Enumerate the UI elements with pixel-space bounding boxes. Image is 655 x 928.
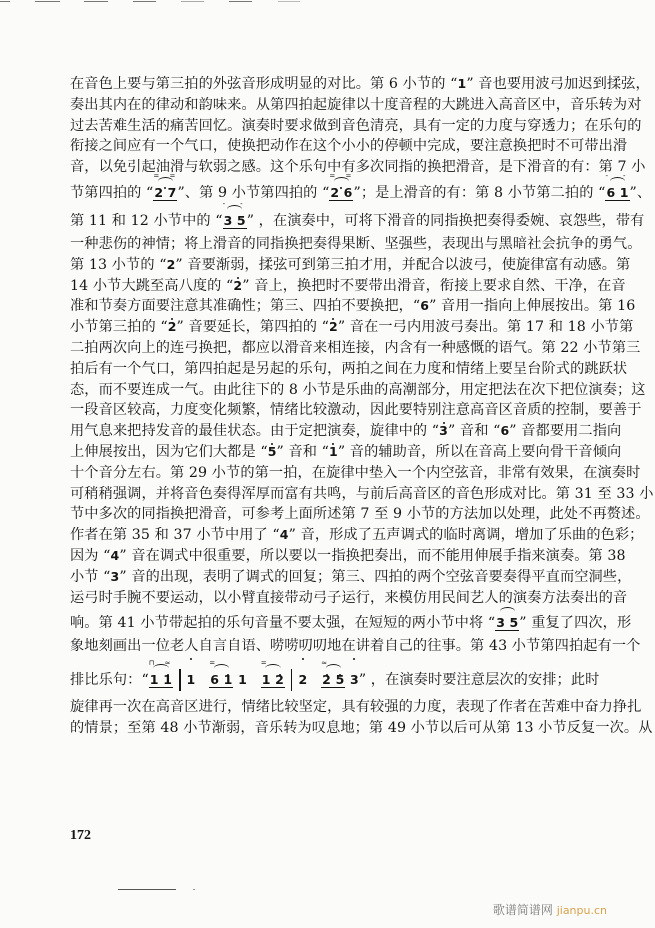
text-run: 节第四拍的 “ bbox=[70, 185, 153, 201]
note-numeral: 5 bbox=[336, 673, 345, 687]
text-line: 上伸展按出，因为它们大都是 “5” 音和 “1” 音的辅助音，所以在音高上要向骨… bbox=[70, 442, 584, 463]
text-run: ” 重复了四次，形 bbox=[519, 615, 631, 631]
text-run: ” 音的辅助音，所以在音高上要向骨干音倾向 bbox=[338, 444, 621, 460]
slide-notation: = =2 6 bbox=[329, 186, 353, 201]
text-line: 过去苦难生活的痛苦回忆。演奏时要求做到音色清亮，具有一定的力度与穿透力；在乐句的 bbox=[70, 116, 584, 137]
text-line: 小节 “3” 音的出现，表明了调式的回复；第三、四拍的两个空弦音要奏得平直而空洞… bbox=[70, 567, 584, 588]
text-line: 音，以免引起油滑与软弱之感。这个乐句中有多次同指的换把滑音，是下滑音的有：第 7… bbox=[70, 157, 584, 178]
note-numeral: 2 7 bbox=[154, 186, 176, 200]
text-run: ” 音在调式中很重要，所以要以一指换把奏出，而不能用伸展手指来演奏。第 38 bbox=[119, 548, 625, 564]
note-numeral: 1 bbox=[329, 442, 338, 463]
text-line: 用气息来把持发音的最佳状态。由于定把演奏，旋律中的 “3” 音和 “6” 音都要… bbox=[70, 421, 584, 442]
text-run: 小节 “ bbox=[70, 569, 111, 585]
text-line: 小节第三拍的 “2” 音要延长，第四拍的 “2” 音在一弓内用波弓奏出。第 17… bbox=[70, 317, 584, 338]
text-run: ” 音要延长，第四拍的 “ bbox=[177, 319, 330, 335]
text-run: ” 音的出现，表明了调式的回复；第三、四拍的两个空弦音要奏得平直而空洞些， bbox=[119, 569, 631, 585]
note-numeral: 1 bbox=[150, 673, 159, 687]
note-numeral: 4 bbox=[280, 525, 289, 546]
text-line: 拍后有一个气口，第四拍起是另起的乐句，两拍之间在力度和情绪上要呈台阶式的跳跃状 bbox=[70, 359, 584, 380]
text-run: ” 音，形成了五声调式的临时离调，增加了乐曲的色彩； bbox=[289, 527, 644, 543]
note-numeral: 3 bbox=[439, 421, 448, 442]
note-group: =1 2 bbox=[261, 673, 285, 688]
note-numeral: 1 bbox=[262, 673, 271, 687]
text-run: ” 音也要用波弓加迟到揉弦， bbox=[466, 76, 649, 92]
text-run: ” 音在一弓内用波弓奏出。第 17 和 18 小节第 bbox=[338, 319, 634, 335]
note-numeral: 5 bbox=[268, 442, 277, 463]
text-run: ” 音和 “ bbox=[277, 444, 330, 460]
text-run: 第 13 小节的 “ bbox=[70, 257, 167, 273]
text-line: 二拍两次向上的连弓换把，都应以滑音来相连接，内含有一种感慨的语气。第 22 小节… bbox=[70, 338, 584, 359]
note-numeral: 1 bbox=[224, 673, 233, 687]
note-numeral: 2 bbox=[168, 317, 177, 338]
note-numeral: 2 bbox=[167, 255, 176, 276]
bar-line bbox=[179, 669, 181, 691]
text-line: 旋律再一次在高音区进行，情绪比较坚定，具有较强的力度，表现了作者在苦难中奋力挣扎 bbox=[70, 697, 584, 718]
text-line: 在音色上要与第三拍的外弦音形成明显的对比。第 6 小节的 “1” 音也要用波弓加… bbox=[70, 74, 584, 95]
text-run: 用气息来把持发音的最佳状态。由于定把演奏，旋律中的 “ bbox=[70, 423, 439, 439]
text-line: 衔接之间应有一个气口，使换把动作在这个小小的停顿中完成，要注意换把时不可带出滑 bbox=[70, 136, 584, 157]
text-run: 作者在第 35 和 37 小节中用了 “ bbox=[70, 527, 280, 543]
text-line: 准和节奏方面要注意其准确性；第三、四拍不要换把，“6” 音用一指向上伸展按出。第… bbox=[70, 296, 584, 317]
note-numeral: 3 5 bbox=[496, 616, 518, 630]
text-run: ” 音上，换把时不要带出滑音，衔接上要求自然、干净，在音 bbox=[242, 278, 625, 294]
note-numeral: 6 bbox=[500, 421, 509, 442]
text-line: 14 小节大跳至高八度的 “2” 音上，换把时不要带出滑音，衔接上要求自然、干净… bbox=[70, 276, 584, 297]
note-numeral: 4 bbox=[111, 546, 120, 567]
text-run: ”；是上滑音的有：第 8 小节第二拍的 “ bbox=[353, 185, 605, 201]
note-numeral: 6 bbox=[210, 673, 219, 687]
bar-line bbox=[291, 669, 293, 691]
note-group: =6 1 bbox=[209, 673, 233, 688]
text-run: ” ，在演奏时要注意层次的安排；此时 bbox=[359, 672, 600, 688]
text-line: 一种悲伤的神情；将上滑音的同指换把奏得果断、坚强些，表现出与黑暗社会抗争的勇气。 bbox=[70, 234, 584, 255]
slide-notation: - -6 1 bbox=[605, 186, 629, 201]
note-numeral: 1 bbox=[458, 74, 467, 95]
text-line: 节中多次的同指换把滑音，可参考上面所述第 7 至 9 小节的方法加以处理，此处不… bbox=[70, 504, 584, 525]
note-numeral: 2 bbox=[322, 673, 331, 687]
page-number: 172 bbox=[70, 828, 91, 844]
text-run: 响。第 41 小节带起拍的乐句音量不要太强，在短短的两小节中将 “ bbox=[70, 615, 495, 631]
note-numeral: 6 1 bbox=[606, 186, 628, 200]
note-numeral: 2 bbox=[275, 673, 284, 687]
note-group: ⊓ ≈1 1 bbox=[149, 673, 173, 688]
text-run: ”、第 9 小节第四拍的 “ bbox=[177, 185, 329, 201]
slide-notation: 3 5 bbox=[495, 616, 519, 631]
document-body: 在音色上要与第三拍的外弦音形成明显的对比。第 6 小节的 “1” 音也要用波弓加… bbox=[70, 74, 584, 739]
text-run: 排比乐句：“ bbox=[70, 672, 149, 688]
slide-notation: = =2 7 bbox=[153, 186, 177, 201]
slide-notation: - -3 5 bbox=[223, 214, 247, 229]
text-run: 14 小节大跳至高八度的 “ bbox=[70, 278, 233, 294]
text-run: ” 音用一指向上伸展按出。第 16 bbox=[429, 298, 635, 314]
note-numeral: 2 6 bbox=[330, 186, 352, 200]
text-run: ”、 bbox=[630, 185, 652, 201]
text-line: 第 13 小节的 “2” 音要渐弱，揉弦可到第三拍才用，并配合以波弓，使旋律富有… bbox=[70, 255, 584, 276]
text-line: 态，而不要连成一气。由此往下的 8 小节是乐曲的高潮部分，用定把法在次下把位演奏… bbox=[70, 380, 584, 401]
scan-edge-marks bbox=[0, 0, 330, 4]
text-run: 准和节奏方面要注意其准确性；第三、四拍不要换把，“ bbox=[70, 298, 420, 314]
text-run: 上伸展按出，因为它们大都是 “ bbox=[70, 444, 268, 460]
footer-mark bbox=[193, 889, 195, 890]
note-numeral: 2 bbox=[233, 276, 242, 297]
text-line: 响。第 41 小节带起拍的乐句音量不要太强，在短短的两小节中将 “3 5” 重复… bbox=[70, 608, 584, 636]
text-line: 因为 “4” 音在调式中很重要，所以要以一指换把奏出，而不能用伸展手指来演奏。第… bbox=[70, 546, 584, 567]
note-numeral: 3 5 bbox=[224, 214, 246, 228]
note-numeral: 3 bbox=[111, 567, 120, 588]
text-line: 第 11 和 12 小节中的 “- -3 5” ，在演奏中，可将下滑音的同指换把… bbox=[70, 206, 584, 234]
watermark-url: jianpu.cn bbox=[557, 904, 607, 917]
text-run: 第 11 和 12 小节中的 “ bbox=[70, 213, 223, 229]
text-line: 奏出其内在的律动和韵味来。从第四拍起旋律以十度音程的大跳进入高音区中，音乐转为对 bbox=[70, 95, 584, 116]
text-run: ” 音要渐弱，揉弦可到第三拍才用，并配合以波弓，使旋律富有动感。第 bbox=[175, 257, 630, 273]
text-line: 作者在第 35 和 37 小节中用了 “4” 音，形成了五声调式的临时离调，增加… bbox=[70, 525, 584, 546]
text-line: 十个音分左右。第 29 小节的第一拍，在旋律中垫入一个内空弦音，非常有效果，在演… bbox=[70, 463, 584, 484]
text-line: 节第四拍的 “= =2 7”、第 9 小节第四拍的 “= =2 6”；是上滑音的… bbox=[70, 178, 584, 206]
text-line: 可稍稍强调，并将音色奏得浑厚而富有共鸣，与前后高音区的音色形成对比。第 31 至… bbox=[70, 484, 584, 505]
notation-line: 排比乐句：“⊓ ≈1 11 =6 1 1 =1 22 ≈2 5 3” ，在演奏时… bbox=[70, 657, 584, 697]
text-run: ” 音和 “ bbox=[448, 423, 501, 439]
note-numeral: 2 bbox=[329, 317, 338, 338]
text-line: 一段音区较高，力度变化频繁，情绪比较激动，因此要特别注意高音区音质的控制，要善于 bbox=[70, 400, 584, 421]
text-run: 因为 “ bbox=[70, 548, 111, 564]
note-numeral: 6 bbox=[420, 296, 429, 317]
note-numeral: 1 bbox=[163, 673, 172, 687]
site-watermark: 歌谱简谱网 jianpu.cn bbox=[493, 901, 607, 918]
footer-rule bbox=[118, 889, 176, 890]
text-run: ” 音都要用二指向 bbox=[509, 423, 621, 439]
text-run: ” ，在演奏中，可将下滑音的同指换把奏得委婉、哀怨些，带有 bbox=[247, 213, 645, 229]
text-line: 象地刻画出一位老人自言自语、唠唠叨叨地在讲着自己的往事。第 43 小节第四拍起有… bbox=[70, 636, 584, 657]
watermark-site-name: 歌谱简谱网 bbox=[493, 903, 553, 917]
text-run: 小节第三拍的 “ bbox=[70, 319, 168, 335]
text-run: 在音色上要与第三拍的外弦音形成明显的对比。第 6 小节的 “ bbox=[70, 76, 458, 92]
text-line: 的情景；至第 48 小节渐弱，音乐转为叹息地；第 49 小节以后可从第 13 小… bbox=[70, 718, 584, 739]
note-group: ≈2 5 bbox=[321, 673, 345, 688]
text-line: 运弓时手腕不要运动，以小臂直接带动弓子运行，来模仿用民间艺人的演奏方法奏出的音 bbox=[70, 588, 584, 609]
